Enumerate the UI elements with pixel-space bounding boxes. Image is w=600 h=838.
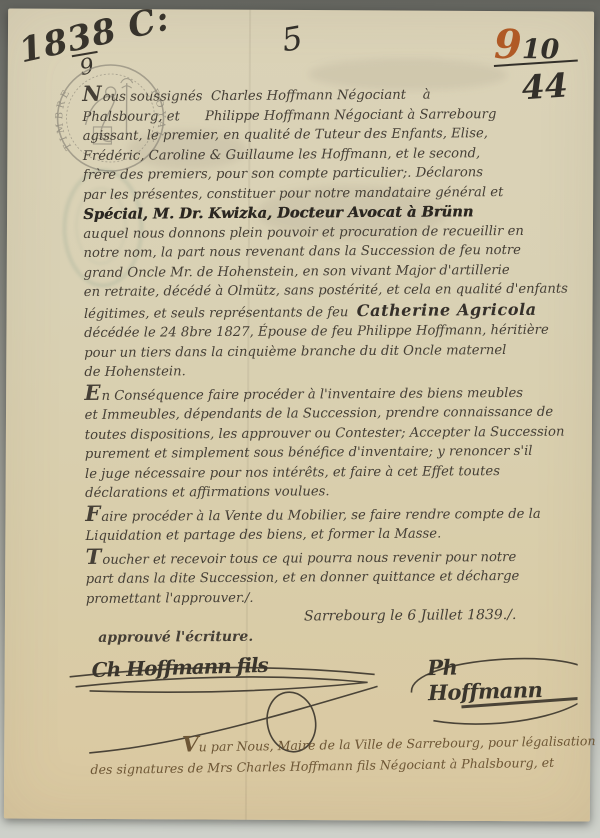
signature-ph-hoffmann: Ph Hoffmann <box>427 651 578 705</box>
text-line: En Conséquence faire procéder à l'invent… <box>84 379 592 406</box>
text-line: part dans la dite Succession, et en donn… <box>86 566 594 589</box>
paragraph-3: Faire procéder à la Vente du Mobilier, s… <box>85 500 593 547</box>
folio-numerator-red: 9 <box>494 21 522 68</box>
main-text-block: Nous soussignés Charles Hoffmann Négocia… <box>82 80 594 648</box>
text-line: Toucher et recevoir tous ce qui pourra n… <box>86 543 594 570</box>
text-line: décédée le 24 8bre 1827, Épouse de feu P… <box>84 320 592 343</box>
svg-text:TIMBRE: TIMBRE <box>54 86 75 152</box>
paragraph-1: Nous soussignés Charles Hoffmann Négocia… <box>82 80 591 205</box>
text-line: Faire procéder à la Vente du Mobilier, s… <box>85 500 593 527</box>
page-number: 5 <box>279 19 305 60</box>
paragraph-1-cont: auquel nous donnons plein pouvoir et pro… <box>83 221 592 303</box>
agricola-name: Catherine Agricola <box>357 299 537 319</box>
text-line: Nous soussignés Charles Hoffmann Négocia… <box>82 80 590 107</box>
document-paper: 1838 C: 9 5 910 44 TIMBRE <box>4 8 594 821</box>
photo-canvas: 1838 C: 9 5 910 44 TIMBRE <box>0 0 600 838</box>
paragraph-1-end: décédée le 24 8bre 1827, Épouse de feu P… <box>84 320 592 382</box>
agricola-line-pre: légitimes, et seuls représentants de feu <box>84 305 357 322</box>
legalization-text: Vu par Nous, Maire de la Ville de Sarreb… <box>90 728 583 780</box>
text-line: notre nom, la part nous revenant dans la… <box>83 240 591 263</box>
paragraph-2: En Conséquence faire procéder à l'invent… <box>84 379 593 504</box>
paragraph-4: Toucher et recevoir tous ce qui pourra n… <box>86 543 594 609</box>
stamp-arc-left-text: TIMBRE <box>54 86 75 152</box>
text-line: purement et simplement sous bénéfice d'i… <box>85 441 593 464</box>
